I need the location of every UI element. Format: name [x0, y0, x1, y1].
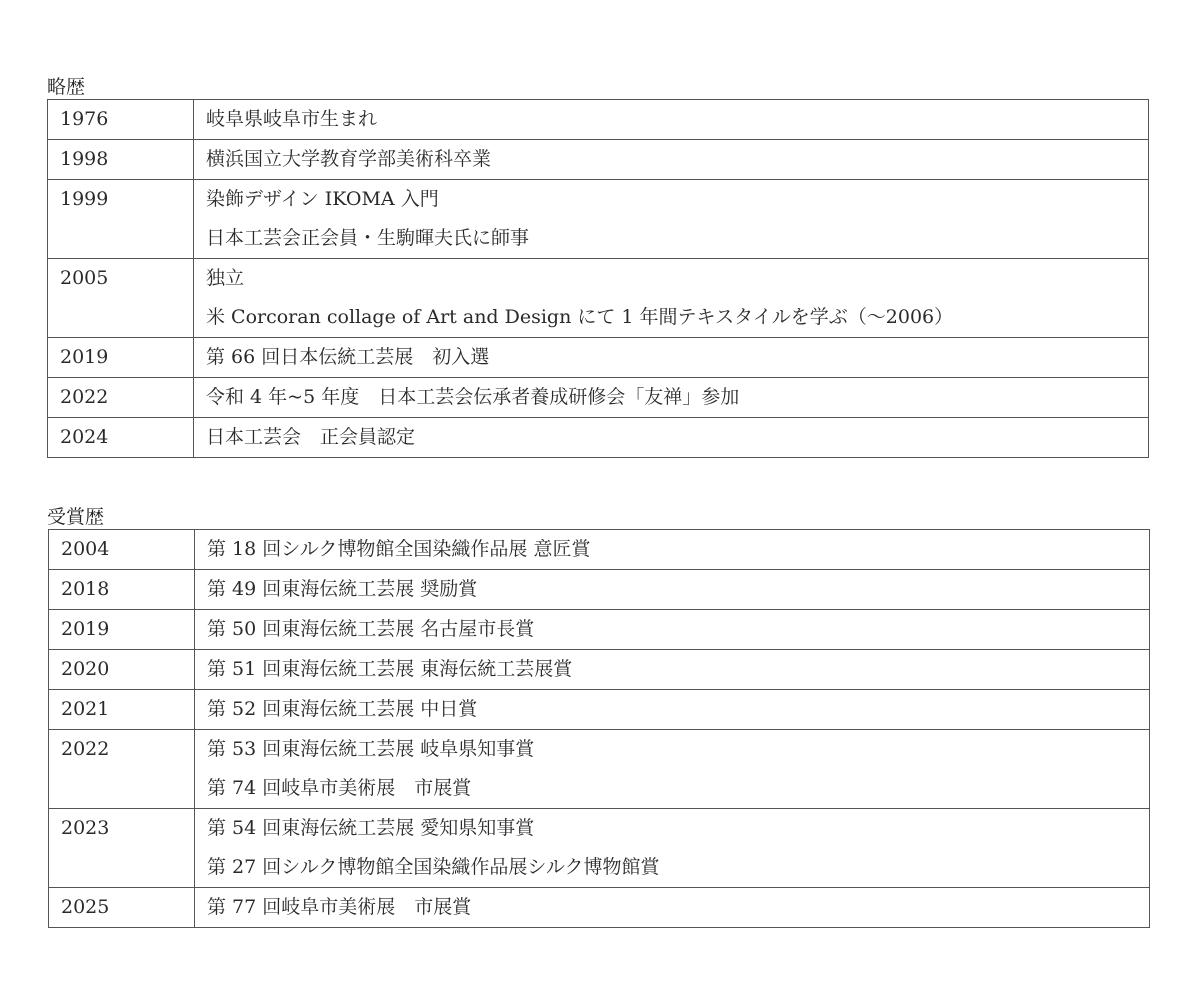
description-line: 米 Corcoran collage of Art and Design にて …	[206, 298, 1148, 337]
year-cell: 2021	[49, 690, 195, 730]
table-row: 2019第 66 回日本伝統工芸展 初入選	[48, 338, 1149, 378]
description-line: 独立	[206, 259, 1148, 298]
year-text: 2019	[61, 610, 194, 649]
year-text: 2021	[61, 690, 194, 729]
description-line: 第 50 回東海伝統工芸展 名古屋市長賞	[207, 610, 1149, 649]
description-cell: 第 49 回東海伝統工芸展 奨励賞	[195, 570, 1150, 610]
year-cell: 2019	[48, 338, 194, 378]
table-row: 2004第 18 回シルク博物館全国染織作品展 意匠賞	[49, 530, 1150, 570]
description-line: 染飾デザイン IKOMA 入門	[206, 180, 1148, 219]
year-cell: 2022	[48, 378, 194, 418]
career-table: 1976岐阜県岐阜市生まれ1998横浜国立大学教育学部美術科卒業1999染飾デザ…	[47, 99, 1149, 458]
description-cell: 独立米 Corcoran collage of Art and Design に…	[194, 259, 1149, 338]
year-text: 2025	[61, 888, 194, 927]
year-cell: 2022	[49, 730, 195, 809]
table-row: 2021第 52 回東海伝統工芸展 中日賞	[49, 690, 1150, 730]
year-cell: 2004	[49, 530, 195, 570]
year-cell: 2018	[49, 570, 195, 610]
description-line: 第 54 回東海伝統工芸展 愛知県知事賞	[207, 809, 1149, 848]
description-line: 第 77 回岐阜市美術展 市展賞	[207, 888, 1149, 927]
year-text: 2023	[61, 809, 194, 848]
table-row: 2022令和 4 年~5 年度 日本工芸会伝承者養成研修会「友禅」参加	[48, 378, 1149, 418]
year-cell: 2020	[49, 650, 195, 690]
year-text: 1998	[60, 140, 193, 179]
year-text: 1976	[60, 100, 193, 139]
awards-section-title: 受賞歴	[47, 502, 104, 529]
description-line: 第 49 回東海伝統工芸展 奨励賞	[207, 570, 1149, 609]
description-line: 第 52 回東海伝統工芸展 中日賞	[207, 690, 1149, 729]
description-cell: 染飾デザイン IKOMA 入門日本工芸会正会員・生駒暉夫氏に師事	[194, 180, 1149, 259]
year-text: 2004	[61, 530, 194, 569]
table-row: 2018第 49 回東海伝統工芸展 奨励賞	[49, 570, 1150, 610]
description-line: 第 27 回シルク博物館全国染織作品展シルク博物館賞	[207, 848, 1149, 887]
description-cell: 第 66 回日本伝統工芸展 初入選	[194, 338, 1149, 378]
year-text: 2019	[60, 338, 193, 377]
description-cell: 令和 4 年~5 年度 日本工芸会伝承者養成研修会「友禅」参加	[194, 378, 1149, 418]
description-line: 第 74 回岐阜市美術展 市展賞	[207, 769, 1149, 808]
table-row: 1999染飾デザイン IKOMA 入門日本工芸会正会員・生駒暉夫氏に師事	[48, 180, 1149, 259]
description-cell: 横浜国立大学教育学部美術科卒業	[194, 140, 1149, 180]
year-cell: 2005	[48, 259, 194, 338]
year-cell: 2023	[49, 809, 195, 888]
description-cell: 日本工芸会 正会員認定	[194, 418, 1149, 458]
year-text: 2020	[61, 650, 194, 689]
year-text: 2005	[60, 259, 193, 298]
description-cell: 第 54 回東海伝統工芸展 愛知県知事賞第 27 回シルク博物館全国染織作品展シ…	[195, 809, 1150, 888]
description-cell: 第 18 回シルク博物館全国染織作品展 意匠賞	[195, 530, 1150, 570]
year-cell: 2024	[48, 418, 194, 458]
table-row: 1976岐阜県岐阜市生まれ	[48, 100, 1149, 140]
year-text: 2024	[60, 418, 193, 457]
year-cell: 1999	[48, 180, 194, 259]
awards-table: 2004第 18 回シルク博物館全国染織作品展 意匠賞2018第 49 回東海伝…	[48, 529, 1150, 928]
description-cell: 岐阜県岐阜市生まれ	[194, 100, 1149, 140]
year-text: 2022	[61, 730, 194, 769]
description-line: 岐阜県岐阜市生まれ	[206, 100, 1148, 139]
table-row: 2025第 77 回岐阜市美術展 市展賞	[49, 888, 1150, 928]
table-row: 2005独立米 Corcoran collage of Art and Desi…	[48, 259, 1149, 338]
year-cell: 2025	[49, 888, 195, 928]
description-line: 第 51 回東海伝統工芸展 東海伝統工芸展賞	[207, 650, 1149, 689]
year-cell: 1976	[48, 100, 194, 140]
description-cell: 第 52 回東海伝統工芸展 中日賞	[195, 690, 1150, 730]
description-line: 横浜国立大学教育学部美術科卒業	[206, 140, 1148, 179]
table-row: 1998横浜国立大学教育学部美術科卒業	[48, 140, 1149, 180]
year-text: 2018	[61, 570, 194, 609]
year-text: 1999	[60, 180, 193, 219]
table-row: 2019第 50 回東海伝統工芸展 名古屋市長賞	[49, 610, 1150, 650]
year-cell: 1998	[48, 140, 194, 180]
table-row: 2022第 53 回東海伝統工芸展 岐阜県知事賞第 74 回岐阜市美術展 市展賞	[49, 730, 1150, 809]
table-row: 2024日本工芸会 正会員認定	[48, 418, 1149, 458]
description-cell: 第 50 回東海伝統工芸展 名古屋市長賞	[195, 610, 1150, 650]
table-row: 2023第 54 回東海伝統工芸展 愛知県知事賞第 27 回シルク博物館全国染織…	[49, 809, 1150, 888]
description-line: 令和 4 年~5 年度 日本工芸会伝承者養成研修会「友禅」参加	[206, 378, 1148, 417]
description-line: 第 66 回日本伝統工芸展 初入選	[206, 338, 1148, 377]
year-cell: 2019	[49, 610, 195, 650]
description-line: 日本工芸会正会員・生駒暉夫氏に師事	[206, 219, 1148, 258]
career-section-title: 略歴	[47, 72, 85, 99]
description-cell: 第 77 回岐阜市美術展 市展賞	[195, 888, 1150, 928]
table-row: 2020第 51 回東海伝統工芸展 東海伝統工芸展賞	[49, 650, 1150, 690]
description-line: 第 18 回シルク博物館全国染織作品展 意匠賞	[207, 530, 1149, 569]
description-line: 第 53 回東海伝統工芸展 岐阜県知事賞	[207, 730, 1149, 769]
description-cell: 第 51 回東海伝統工芸展 東海伝統工芸展賞	[195, 650, 1150, 690]
description-line: 日本工芸会 正会員認定	[206, 418, 1148, 457]
year-text: 2022	[60, 378, 193, 417]
description-cell: 第 53 回東海伝統工芸展 岐阜県知事賞第 74 回岐阜市美術展 市展賞	[195, 730, 1150, 809]
